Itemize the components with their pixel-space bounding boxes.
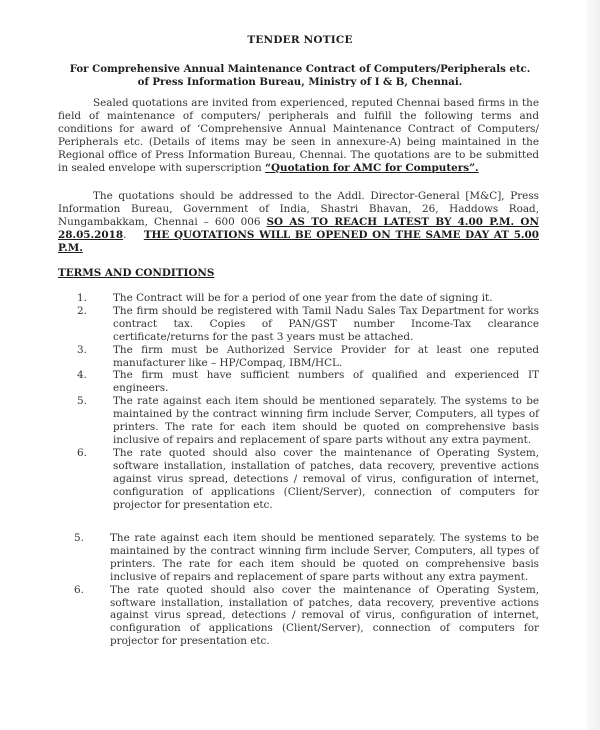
term-number: 5. bbox=[74, 532, 84, 545]
invitation-paragraph: Sealed quotations are invited from exper… bbox=[58, 97, 539, 175]
term-text: The rate against each item should be men… bbox=[113, 395, 539, 446]
subtitle-line-1: For Comprehensive Annual Maintenance Con… bbox=[0, 63, 600, 76]
term-item: 5.The rate against each item should be m… bbox=[58, 395, 539, 447]
terms-list: 1.The Contract will be for a period of o… bbox=[58, 292, 539, 511]
document-title: TENDER NOTICE bbox=[0, 34, 600, 46]
term-number: 3. bbox=[77, 344, 87, 357]
superscription-text: “Quotation for AMC for Computers”. bbox=[265, 162, 479, 174]
terms-list-repeat: 5.The rate against each item should be m… bbox=[58, 532, 539, 648]
term-text: The firm must have sufficient numbers of… bbox=[113, 369, 539, 394]
term-item: 3.The firm must be Authorized Service Pr… bbox=[58, 344, 539, 370]
term-item: 1.The Contract will be for a period of o… bbox=[58, 292, 539, 305]
term-item: 6.The rate quoted should also cover the … bbox=[58, 584, 539, 649]
term-text: The firm must be Authorized Service Prov… bbox=[113, 344, 539, 369]
address-paragraph: The quotations should be addressed to th… bbox=[58, 190, 539, 255]
page-edge-shadow bbox=[586, 0, 600, 730]
subtitle-line-2: of Press Information Bureau, Ministry of… bbox=[0, 76, 600, 89]
term-text: The rate against each item should be men… bbox=[110, 532, 539, 583]
term-item: 4.The firm must have sufficient numbers … bbox=[58, 369, 539, 395]
term-number: 1. bbox=[77, 292, 87, 305]
term-number: 6. bbox=[74, 584, 84, 597]
document-page: TENDER NOTICE For Comprehensive Annual M… bbox=[0, 0, 600, 730]
document-subtitle: For Comprehensive Annual Maintenance Con… bbox=[0, 63, 600, 89]
term-number: 2. bbox=[77, 305, 87, 318]
term-text: The rate quoted should also cover the ma… bbox=[113, 447, 539, 511]
term-text: The firm should be registered with Tamil… bbox=[113, 305, 539, 343]
deadline-separator: . bbox=[123, 229, 144, 241]
term-text: The Contract will be for a period of one… bbox=[113, 292, 493, 304]
terms-heading: TERMS AND CONDITIONS bbox=[58, 267, 214, 279]
term-number: 5. bbox=[77, 395, 87, 408]
term-number: 4. bbox=[77, 369, 87, 382]
term-item: 5.The rate against each item should be m… bbox=[58, 532, 539, 584]
term-item: 6.The rate quoted should also cover the … bbox=[58, 447, 539, 512]
term-text: The rate quoted should also cover the ma… bbox=[110, 584, 539, 648]
term-item: 2.The firm should be registered with Tam… bbox=[58, 305, 539, 344]
term-number: 6. bbox=[77, 447, 87, 460]
